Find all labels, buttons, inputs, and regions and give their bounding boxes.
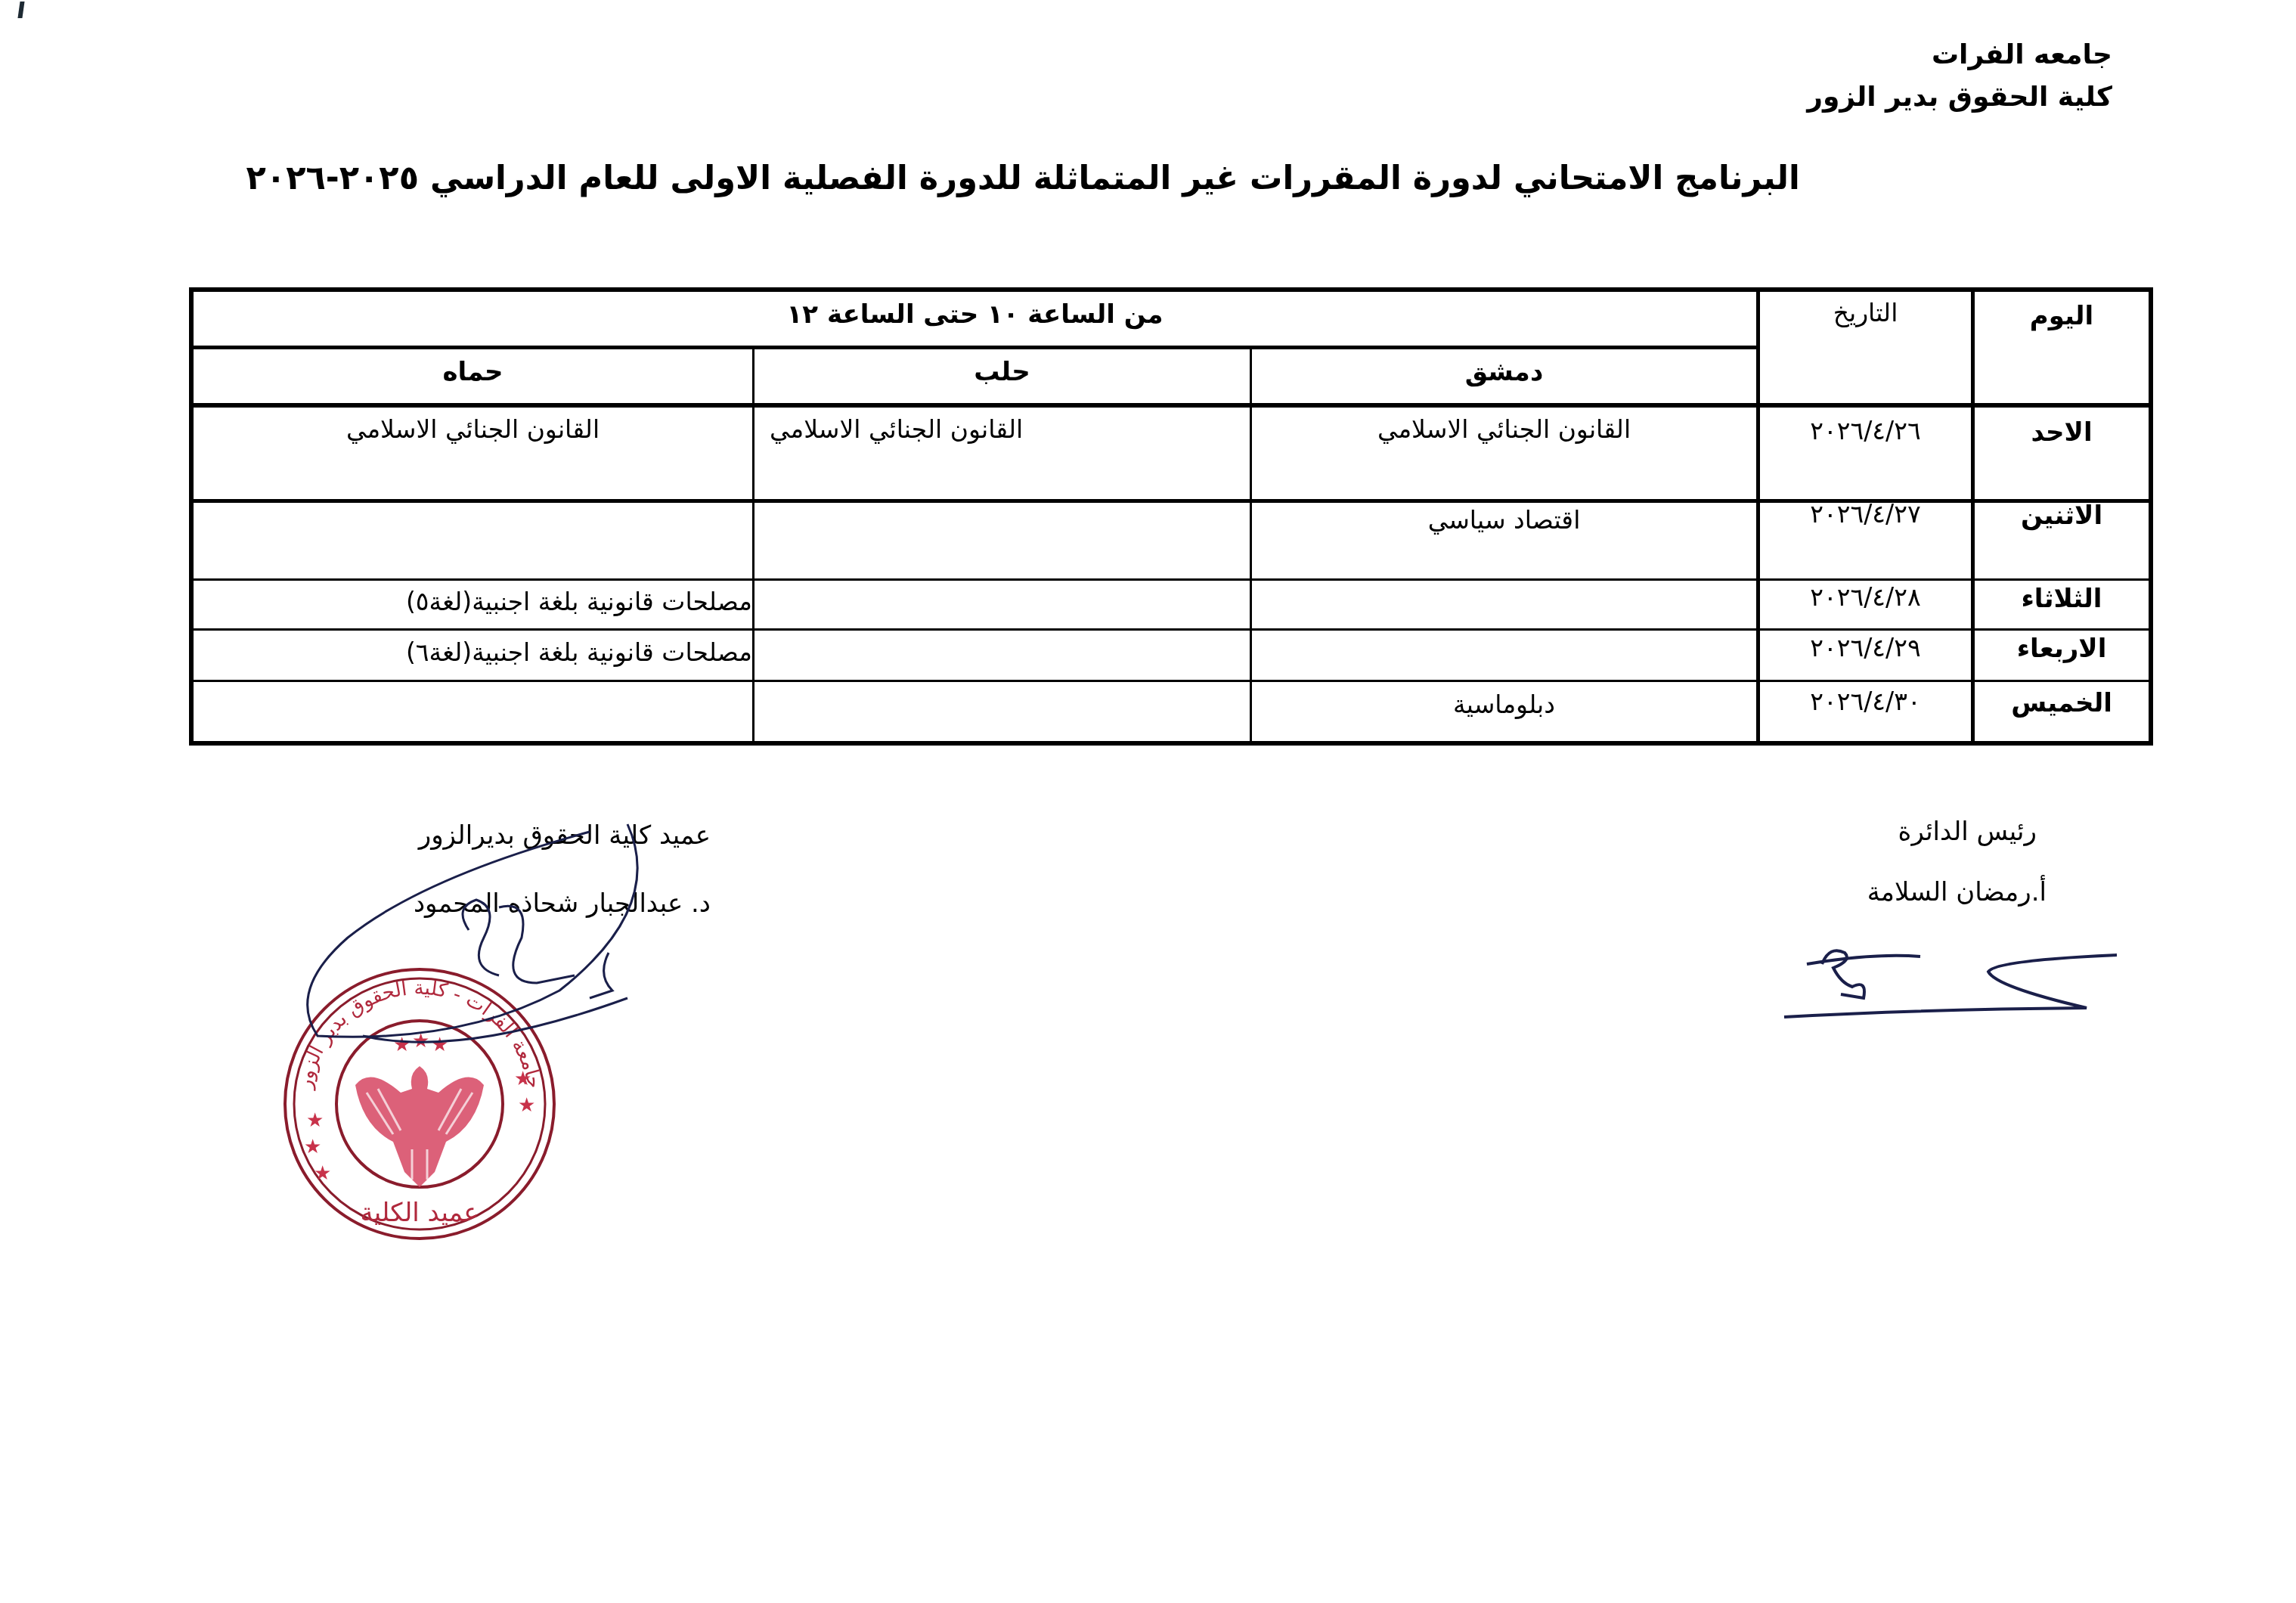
course-text: القانون الجنائي الاسلامي [770,414,1023,444]
row-course-damascus: القانون الجنائي الاسلامي [1252,414,1756,444]
row-course-damascus: اقتصاد سياسي [1252,505,1756,535]
exam-schedule-table: اليوم التاريخ من الساعة ١٠ حتى الساعة ١٢… [189,287,2153,746]
row-day: الاربعاء [1975,634,2149,664]
row-course-damascus: دبلوماسية [1252,690,1756,719]
svg-text:عميد الكلية: عميد الكلية [360,1198,479,1228]
row-day: الاحد [1975,417,2149,448]
department-head-name: أ.رمضان السلامة [1867,877,2047,907]
row-day: الاثنين [1975,501,2149,531]
row-course-hama: مصلحات قانونية بلغة اجنبية(لغة٦) [194,637,752,667]
scan-mark [17,2,24,18]
header-location-aleppo: حلب [754,357,1250,387]
document-title: البرنامج الامتحاني لدورة المقررات غير ال… [377,159,1800,197]
row-date: ٢٠٢٦/٤/٢٧ [1760,499,1971,529]
svg-text:★: ★ [304,1136,321,1158]
svg-text:★: ★ [314,1162,331,1185]
row-day: الثلاثاء [1975,584,2149,614]
row-day: الخميس [1975,688,2149,718]
row-course-aleppo: القانون الجنائي الاسلامي [754,414,1250,444]
department-head-signature [1769,941,2132,1028]
university-name: جامعه الفرات [1932,39,2112,70]
row-date: ٢٠٢٦/٤/٢٨ [1760,582,1971,612]
dean-signature [272,817,665,1066]
department-head-title: رئيس الدائرة [1898,817,2037,847]
row-course-hama: مصلحات قانونية بلغة اجنبية(لغة٥) [194,587,752,616]
header-time-span: من الساعة ١٠ حتى الساعة ١٢ [194,299,1756,330]
faculty-name: كلية الحقوق بدير الزور [1807,82,2112,113]
svg-text:★: ★ [518,1094,535,1117]
header-day: اليوم [1975,301,2149,331]
row-date: ٢٠٢٦/٤/٣٠ [1760,687,1971,716]
header-date: التاريخ [1760,298,1971,327]
svg-text:★: ★ [306,1109,324,1132]
row-date: ٢٠٢٦/٤/٢٦ [1760,416,1971,445]
header-location-hama: حماه [194,357,752,387]
row-date: ٢٠٢٦/٤/٢٩ [1760,633,1971,662]
row-course-hama: القانون الجنائي الاسلامي [194,414,752,444]
svg-text:★: ★ [514,1068,531,1090]
header-location-damascus: دمشق [1252,357,1756,387]
